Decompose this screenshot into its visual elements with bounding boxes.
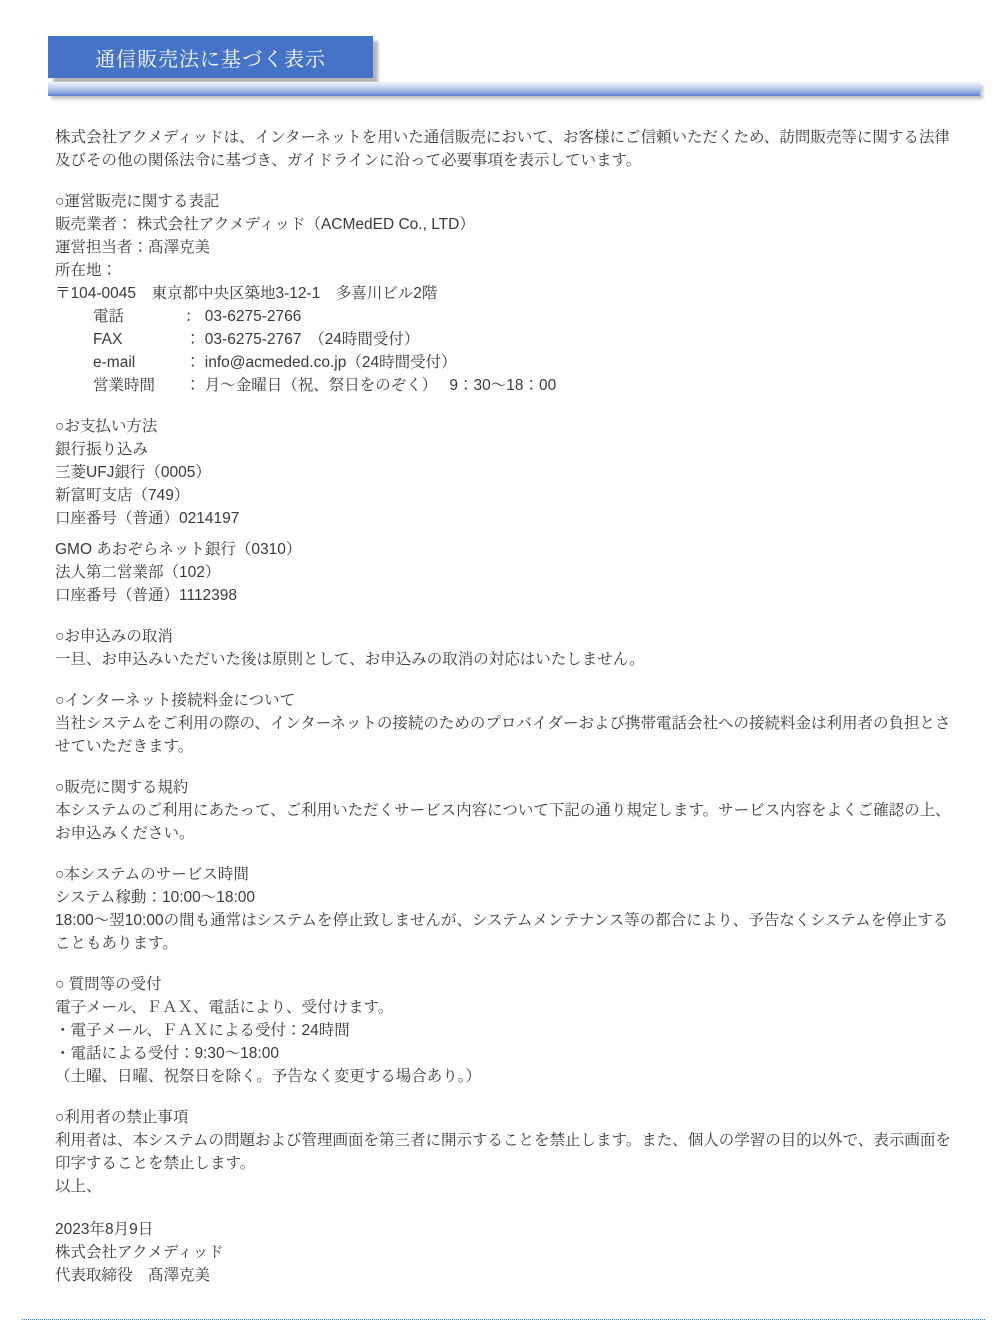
section-heading: ○インターネット接続料金について — [55, 689, 952, 712]
section-heading: ○ 質問等の受付 — [55, 973, 952, 996]
section-body: 当社システムをご利用の際の、インターネットの接続のためのプロバイダーおよび携帯電… — [55, 712, 952, 758]
manager-line: 運営担当者：髙澤克美 — [55, 236, 952, 259]
section-cancellation: ○お申込みの取消 一旦、お申込みいただいた後は原則として、お申込みの取消の対応は… — [55, 625, 952, 671]
contact-row-email: e-mail ： info@acmeded.co.jp（24時間受付） — [93, 351, 952, 374]
contact-value: ： 03-6275-2767 （24時間受付） — [185, 328, 952, 351]
section-heading: ○利用者の禁止事項 — [55, 1106, 952, 1129]
bank-group: 三菱UFJ銀行（0005） 新富町支店（749） 口座番号（普通）0214197 — [55, 461, 952, 530]
section-payment: ○お支払い方法 銀行振り込み 三菱UFJ銀行（0005） 新富町支店（749） … — [55, 415, 952, 607]
bank-branch: 新富町支店（749） — [55, 484, 952, 507]
contact-label: FAX — [93, 328, 185, 351]
bank-name: GMO あおぞらネット銀行（0310） — [55, 538, 952, 561]
address-label: 所在地： — [55, 259, 952, 282]
section-inquiries: ○ 質問等の受付 電子メール、ＦＡＸ、電話により、受付けます。 ・電子メール、Ｆ… — [55, 973, 952, 1088]
contact-row-phone: 電話 ： 03-6275-2766 — [93, 305, 952, 328]
address-line: 〒104-0045 東京都中央区築地3-12-1 多喜川ビル2階 — [55, 282, 952, 305]
contact-label: e-mail — [93, 351, 185, 374]
signature-company: 株式会社アクメディッド — [55, 1241, 952, 1264]
section-heading: ○運営販売に関する表記 — [55, 190, 952, 213]
page-title: 通信販売法に基づく表示 — [95, 43, 326, 72]
section-heading: ○本システムのサービス時間 — [55, 863, 952, 886]
document-page: 通信販売法に基づく表示 株式会社アクメディッドは、インターネットを用いた通信販売… — [0, 0, 1008, 1344]
contact-row-hours: 営業時間 ： 月～金曜日（祝、祭日をのぞく） 9：30～18：00 — [93, 374, 952, 397]
uptime-note: 18:00～翌10:00の間も通常はシステムを停止致しませんが、システムメンテナ… — [55, 909, 952, 955]
section-heading: ○お支払い方法 — [55, 415, 952, 438]
signature-representative: 代表取締役 髙澤克美 — [55, 1264, 952, 1287]
section-body: 本システムのご利用にあたって、ご利用いただくサービス内容について下記の通り規定し… — [55, 799, 952, 845]
bank-name: 三菱UFJ銀行（0005） — [55, 461, 952, 484]
signature-date: 2023年8月9日 — [55, 1218, 952, 1241]
section-internet-fee: ○インターネット接続料金について 当社システムをご利用の際の、インターネットの接… — [55, 689, 952, 758]
seller-line: 販売業者： 株式会社アクメディッド（ACMedED Co., LTD） — [55, 213, 952, 236]
footer-dotted-divider — [22, 1319, 985, 1320]
uptime-line: システム稼動：10:00～18:00 — [55, 886, 952, 909]
contact-label: 営業時間 — [93, 374, 185, 397]
payment-method: 銀行振り込み — [55, 438, 952, 461]
inquiry-email-fax: ・電子メール、ＦＡＸによる受付：24時間 — [55, 1019, 952, 1042]
inquiry-intro: 電子メール、ＦＡＸ、電話により、受付けます。 — [55, 996, 952, 1019]
bank-branch: 法人第二営業部（102） — [55, 561, 952, 584]
closing-line: 以上、 — [55, 1175, 952, 1198]
contact-row-fax: FAX ： 03-6275-2767 （24時間受付） — [93, 328, 952, 351]
section-heading: ○お申込みの取消 — [55, 625, 952, 648]
contact-value: ： 03-6275-2766 — [185, 305, 952, 328]
inquiry-phone-note: （土曜、日曜、祝祭日を除く。予告なく変更する場合あり。） — [55, 1065, 952, 1088]
bank-account: 口座番号（普通）1112398 — [55, 584, 952, 607]
page-title-box: 通信販売法に基づく表示 — [48, 36, 373, 78]
section-heading: ○販売に関する規約 — [55, 776, 952, 799]
section-body: 一旦、お申込みいただいた後は原則として、お申込みの取消の対応はいたしません。 — [55, 648, 952, 671]
contact-value: ： info@acmeded.co.jp（24時間受付） — [185, 351, 952, 374]
section-body: 利用者は、本システムの問題および管理画面を第三者に開示することを禁止します。また… — [55, 1129, 952, 1175]
bank-account: 口座番号（普通）0214197 — [55, 507, 952, 530]
signature-block: 2023年8月9日 株式会社アクメディッド 代表取締役 髙澤克美 — [55, 1218, 952, 1287]
inquiry-phone: ・電話による受付：9:30～18:00 — [55, 1042, 952, 1065]
contact-label: 電話 — [93, 305, 185, 328]
document-body: 株式会社アクメディッドは、インターネットを用いた通信販売において、お客様にご信頼… — [55, 126, 952, 1287]
section-prohibitions: ○利用者の禁止事項 利用者は、本システムの問題および管理画面を第三者に開示するこ… — [55, 1106, 952, 1175]
section-sales-terms: ○販売に関する規約 本システムのご利用にあたって、ご利用いただくサービス内容につ… — [55, 776, 952, 845]
intro-paragraph: 株式会社アクメディッドは、インターネットを用いた通信販売において、お客様にご信頼… — [55, 126, 952, 172]
bank-group: GMO あおぞらネット銀行（0310） 法人第二営業部（102） 口座番号（普通… — [55, 538, 952, 607]
section-service-hours: ○本システムのサービス時間 システム稼動：10:00～18:00 18:00～翌… — [55, 863, 952, 955]
header-accent-bar — [48, 82, 980, 96]
section-seller-info: ○運営販売に関する表記 販売業者： 株式会社アクメディッド（ACMedED Co… — [55, 190, 952, 397]
contact-value: ： 月～金曜日（祝、祭日をのぞく） 9：30～18：00 — [185, 374, 952, 397]
